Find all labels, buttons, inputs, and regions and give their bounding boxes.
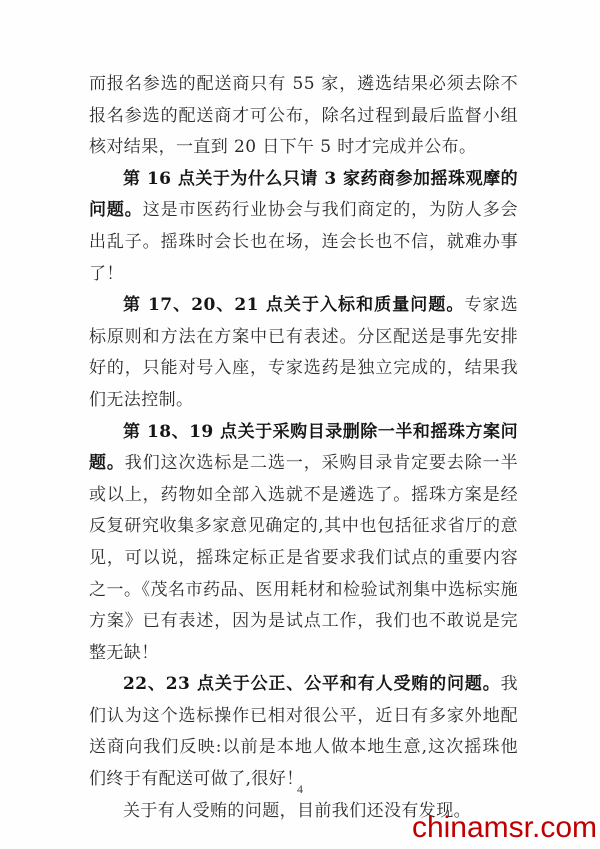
page-number: 4 — [0, 782, 600, 797]
document-page: 而报名参选的配送商只有 55 家，遴选结果必须去除不报名参选的配送商才可公布，除… — [0, 0, 600, 849]
paragraph: 而报名参选的配送商只有 55 家，遴选结果必须去除不报名参选的配送商才可公布，除… — [89, 69, 518, 164]
paragraph-bold-lead: 第 16 点关于为什么只请 3 家药商参加摇珠观摩的问题。 — [89, 169, 518, 221]
paragraph-bold-lead: 第 18、19 点关于采购目录删除一半和摇珠方案问题。 — [89, 422, 518, 474]
paragraph-bold-lead: 22、23 点关于公正、公平和有人受贿的问题。 — [123, 674, 501, 694]
document-body: 而报名参选的配送商只有 55 家，遴选结果必须去除不报名参选的配送商才可公布，除… — [89, 69, 518, 827]
watermark-chinamsr: chinamsr.com — [412, 811, 597, 845]
paragraph: 第 16 点关于为什么只请 3 家药商参加摇珠观摩的问题。这是市医药行业协会与我… — [89, 164, 518, 290]
paragraph: 第 17、20、21 点关于入标和质量问题。专家选标原则和方法在方案中已有表述。… — [89, 290, 518, 416]
paragraph: 第 18、19 点关于采购目录删除一半和摇珠方案问题。我们这次选标是二选一，采购… — [89, 417, 518, 670]
paragraph: 22、23 点关于公正、公平和有人受贿的问题。我们认为这个选标操作已相对很公平，… — [89, 669, 518, 795]
paragraph-bold-lead: 第 17、20、21 点关于入标和质量问题。 — [123, 295, 464, 315]
